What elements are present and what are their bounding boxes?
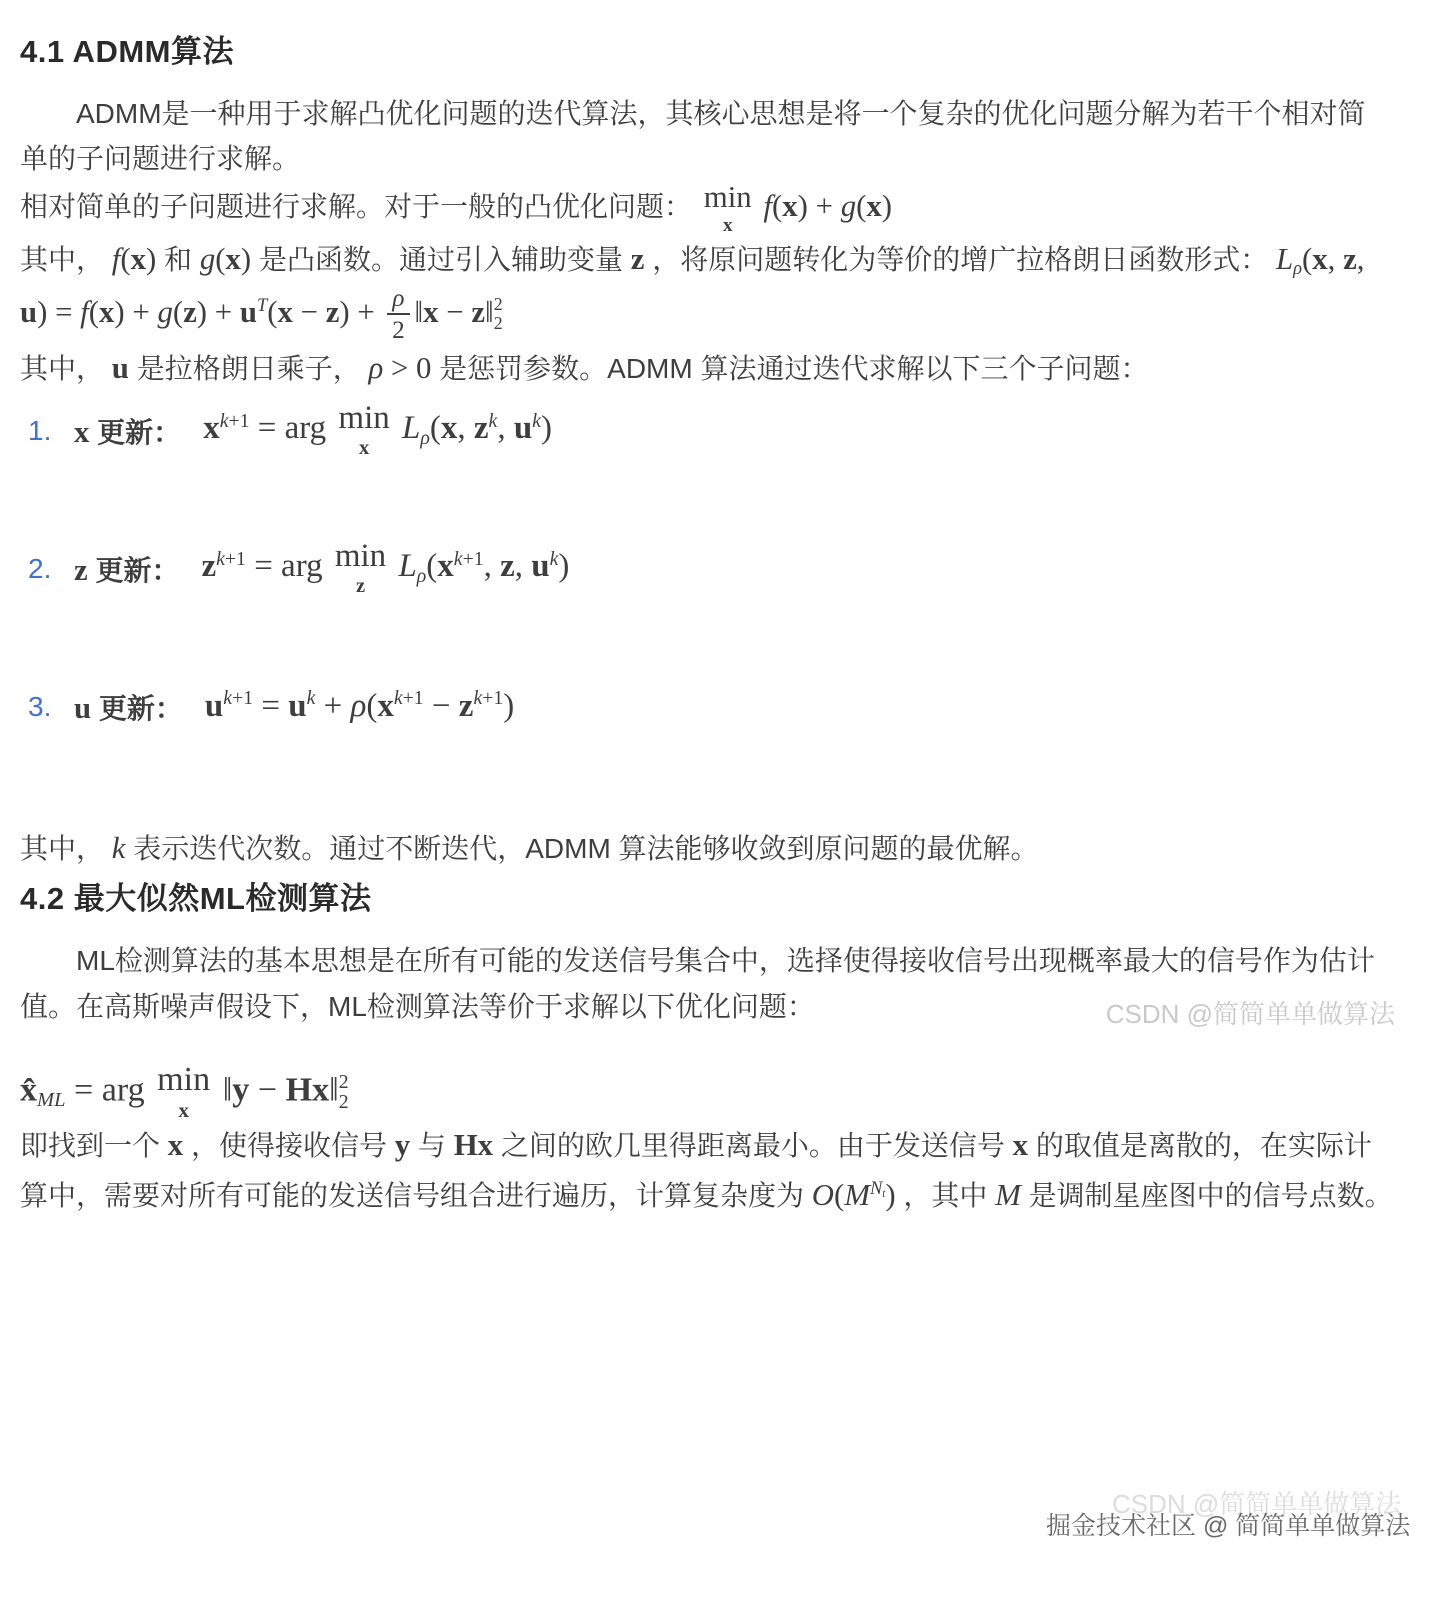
- section-heading-4-2: 4.2 最大似然ML检测算法: [20, 873, 1393, 918]
- step-label: x 更新：: [74, 411, 181, 451]
- admm-steps-list: 1. x 更新： xk+1 = arg minx Lρ(x, zk, uk) 2…: [20, 394, 1393, 744]
- section-heading-4-1: 4.1 ADMM算法: [20, 26, 1393, 71]
- paragraph-augmented-lagrangian: 其中， f(x) 和 g(x) 是凸函数。通过引入辅助变量 z ，将原问题转化为…: [20, 235, 1393, 344]
- list-number: 2.: [20, 553, 74, 585]
- list-number: 3.: [20, 691, 74, 723]
- paragraph-convex-problem: 相对简单的子问题进行求解。对于一般的凸优化问题： minx f(x) + g(x…: [20, 182, 1393, 235]
- paragraph-admm-intro: ADMM是一种用于求解凸优化问题的迭代算法，其核心思想是将一个复杂的优化问题分解…: [20, 91, 1393, 182]
- step-formula: uk+1 = uk + ρ(xk+1 − zk+1): [205, 688, 514, 725]
- paragraph-convergence: 其中， k 表示迭代次数。通过不断迭代，ADMM 算法能够收敛到原问题的最优解。: [20, 824, 1393, 874]
- watermark-csdn-bottom: CSDN @简简单单做算法: [1112, 1484, 1401, 1521]
- admm-step-x-update: 1. x 更新： xk+1 = arg minx Lρ(x, zk, uk): [20, 394, 1393, 468]
- paragraph-ml-intro: ML检测算法的基本思想是在所有可能的发送信号集合中，选择使得接收信号出现概率最大…: [20, 938, 1393, 1029]
- step-label: u 更新：: [74, 687, 183, 727]
- admm-step-u-update: 3. u 更新： uk+1 = uk + ρ(xk+1 − zk+1): [20, 670, 1393, 744]
- paragraph-multiplier-penalty: 其中， u 是拉格朗日乘子， ρ > 0 是惩罚参数。ADMM 算法通过迭代求解…: [20, 344, 1393, 394]
- step-label: z 更新：: [74, 549, 179, 589]
- step-formula: zk+1 = arg minz Lρ(xk+1, z, uk): [201, 540, 569, 596]
- ml-formula: x̂ML = arg minx ‖y − Hx‖22: [20, 1063, 1393, 1121]
- paragraph-ml-complexity: 即找到一个 x ，使得接收信号 y 与 Hx 之间的欧几里得距离最小。由于发送信…: [20, 1121, 1393, 1221]
- admm-step-z-update: 2. z 更新： zk+1 = arg minz Lρ(xk+1, z, uk): [20, 532, 1393, 606]
- watermark-juejin-bottom: 掘金技术社区 @ 简简单单做算法: [1046, 1506, 1410, 1542]
- list-number: 1.: [20, 415, 74, 447]
- step-formula: xk+1 = arg minx Lρ(x, zk, uk): [203, 402, 552, 458]
- article-page: 4.1 ADMM算法 ADMM是一种用于求解凸优化问题的迭代算法，其核心思想是将…: [0, 0, 1455, 1600]
- article-body: 4.1 ADMM算法 ADMM是一种用于求解凸优化问题的迭代算法，其核心思想是将…: [0, 0, 1455, 1221]
